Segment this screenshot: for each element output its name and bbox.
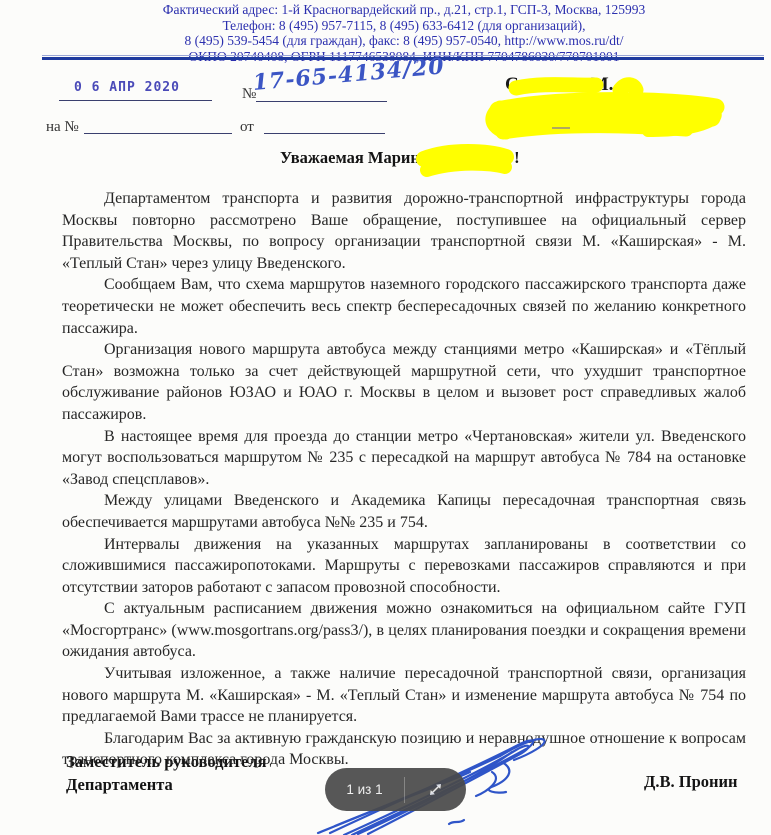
letter-paragraph: В настоящее время для проезда до станции… (62, 426, 746, 491)
reply-underline (84, 133, 232, 134)
letter-paragraph: С актуальным расписанием движения можно … (62, 598, 746, 663)
letter-paragraph: Благодарим Вас за активную гражданскую п… (62, 728, 746, 771)
letterhead-contact-line: 8 (495) 539-5454 (для граждан), факс: 8 … (38, 33, 770, 49)
reply-to-label: на № (46, 119, 79, 136)
recipient-initial: С (505, 74, 519, 95)
page-indicator: 1 из 1 (325, 782, 404, 797)
salutation-suffix: ! (514, 148, 520, 167)
date-stamp: 0 6 АПР 2020 (74, 80, 180, 95)
document-viewer: { "colors": { "header_blue": "#2b2fae", … (0, 0, 771, 835)
viewer-control-pill: 1 из 1 (325, 768, 466, 811)
letter-paragraph: Департаментом транспорта и развития доро… (62, 188, 746, 274)
number-underline (256, 101, 387, 102)
recipient-name: СМ. (505, 74, 613, 96)
letter-paragraph: Организация нового маршрута автобуса меж… (62, 339, 746, 425)
expand-diagonal-arrow-icon (427, 781, 444, 798)
letter-paragraph: Интервалы движения на указанных маршрута… (62, 534, 746, 599)
letter-paragraph: Учитывая изложенное, а также наличие пер… (62, 663, 746, 728)
salutation: Уважаемая Марина! (280, 148, 520, 168)
salutation-prefix: Уважаемая Марина (280, 148, 428, 167)
date-underline (59, 100, 212, 101)
signer-position-line2: Департамента (66, 773, 267, 796)
letter-paragraph: Между улицами Введенского и Академика Ка… (62, 490, 746, 533)
letter-paragraph: Сообщаем Вам, что схема маршрутов наземн… (62, 274, 746, 339)
letterhead-contact-line: Фактический адрес: 1-й Красногвардейский… (38, 2, 770, 18)
from-label: от (240, 119, 254, 136)
expand-button[interactable] (405, 781, 466, 798)
signer-name: Д.В. Пронин (644, 772, 738, 792)
letter-body: Департаментом транспорта и развития доро… (62, 188, 746, 771)
recipient-middle-initial: М. (591, 74, 614, 95)
letterhead-contact-line: Телефон: 8 (495) 957-7115, 8 (495) 633-6… (38, 18, 770, 34)
from-underline (264, 133, 385, 134)
